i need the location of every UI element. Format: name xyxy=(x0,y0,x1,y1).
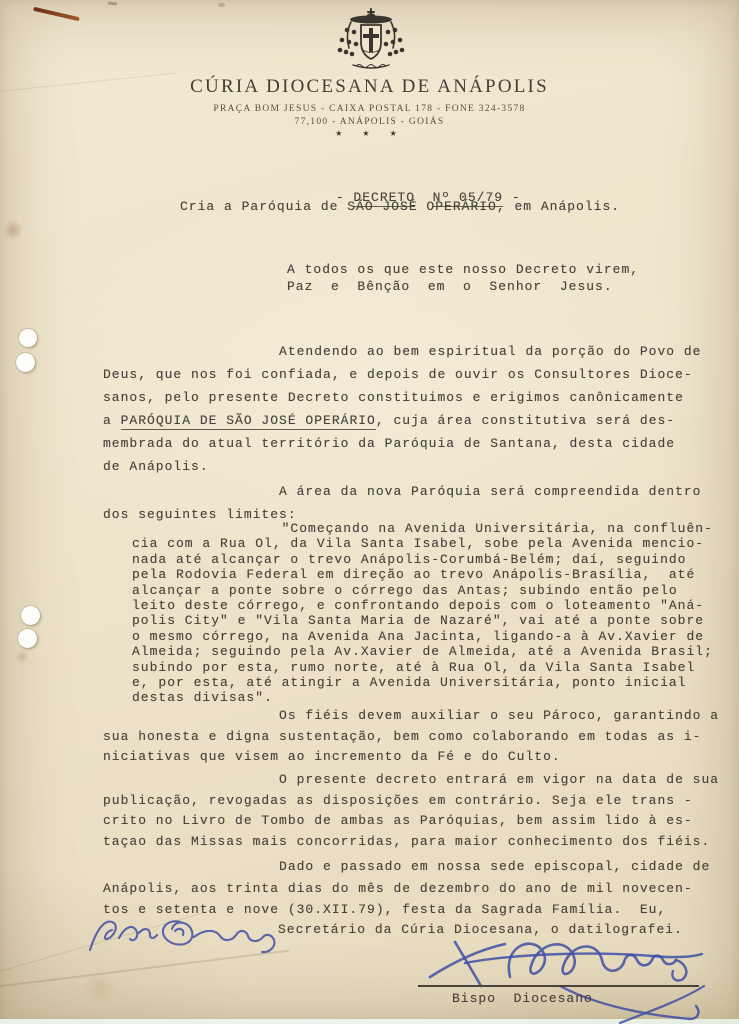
paragraph-4: O presente decreto entrará em vigor na d… xyxy=(103,770,719,852)
signature-role-label: Bispo Diocesano xyxy=(452,991,593,1006)
bishop-signature xyxy=(352,932,714,1024)
rust-stain-mark xyxy=(33,7,80,21)
organization-name: CÚRIA DIOCESANA DE ANÁPOLIS xyxy=(0,76,739,98)
secretary-signature xyxy=(86,903,284,955)
paragraph-1: Atendendo ao bem espiritual da porção do… xyxy=(103,340,702,478)
paragraph-2: A área da nova Paróquia será compreendid… xyxy=(103,480,702,526)
paper-speck xyxy=(218,3,225,7)
paper-speck xyxy=(108,2,117,6)
punch-hole xyxy=(21,606,40,625)
decree-subtitle: Cria a Paróquia de SÃO JOSÉ OPERÁRIO, em… xyxy=(180,199,620,214)
episcopal-crest-icon xyxy=(323,6,419,74)
paragraph-3: Os fiéis devem auxiliar o seu Pároco, ga… xyxy=(103,706,719,768)
stars-ornament: ★ ★ ★ xyxy=(0,126,739,140)
paper-crease xyxy=(0,950,289,988)
punch-hole xyxy=(16,353,35,372)
address-line-1: PRAÇA BOM JESUS - CAIXA POSTAL 178 - FON… xyxy=(0,104,739,114)
punch-hole xyxy=(19,329,37,347)
salutation: A todos os que este nosso Decreto virem,… xyxy=(287,261,639,295)
document-page: CÚRIA DIOCESANA DE ANÁPOLIS PRAÇA BOM JE… xyxy=(0,0,739,1024)
parish-name-underlined: PARÓQUIA DE SÃO JOSÉ OPERÁRIO xyxy=(121,413,376,430)
signature-rule xyxy=(418,985,699,987)
punch-hole xyxy=(18,629,37,648)
boundaries-quote-block: "Começando na Avenida Universitária, na … xyxy=(132,521,713,706)
